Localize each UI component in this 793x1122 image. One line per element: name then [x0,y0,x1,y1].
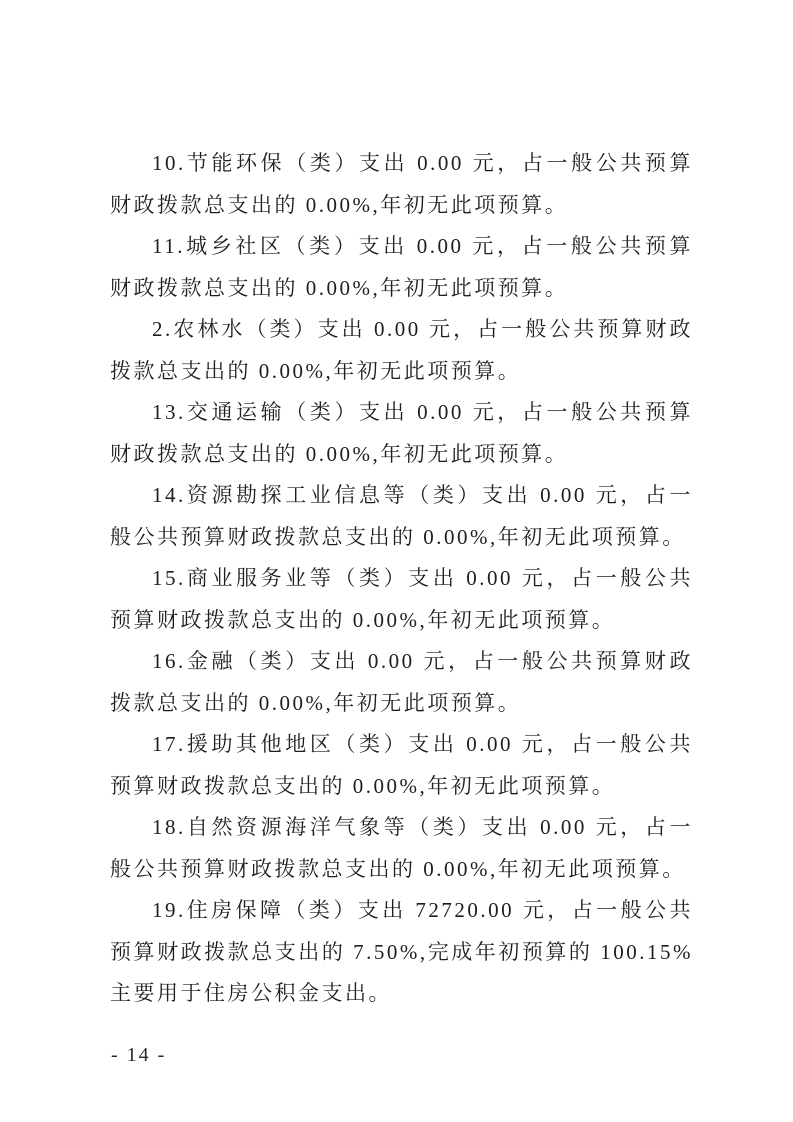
paragraph: 16.金融（类）支出 0.00 元，占一般公共预算财政拨款总支出的 0.00%,… [110,641,693,724]
paragraph: 2.农林水（类）支出 0.00 元，占一般公共预算财政拨款总支出的 0.00%,… [110,309,693,392]
paragraph: 10.节能环保（类）支出 0.00 元，占一般公共预算财政拨款总支出的 0.00… [110,143,693,226]
paragraph: 13.交通运输（类）支出 0.00 元，占一般公共预算财政拨款总支出的 0.00… [110,392,693,475]
paragraph: 15.商业服务业等（类）支出 0.00 元，占一般公共预算财政拨款总支出的 0.… [110,558,693,641]
paragraph: 19.住房保障（类）支出 72720.00 元，占一般公共预算财政拨款总支出的 … [110,890,693,1015]
paragraph: 18.自然资源海洋气象等（类）支出 0.00 元，占一般公共预算财政拨款总支出的… [110,807,693,890]
paragraph: 17.援助其他地区（类）支出 0.00 元，占一般公共预算财政拨款总支出的 0.… [110,724,693,807]
page-number: - 14 - [111,1044,166,1067]
document-body: 10.节能环保（类）支出 0.00 元，占一般公共预算财政拨款总支出的 0.00… [110,143,693,1015]
document-page: 10.节能环保（类）支出 0.00 元，占一般公共预算财政拨款总支出的 0.00… [0,0,793,1122]
paragraph: 14.资源勘探工业信息等（类）支出 0.00 元，占一般公共预算财政拨款总支出的… [110,475,693,558]
paragraph: 11.城乡社区（类）支出 0.00 元，占一般公共预算财政拨款总支出的 0.00… [110,226,693,309]
